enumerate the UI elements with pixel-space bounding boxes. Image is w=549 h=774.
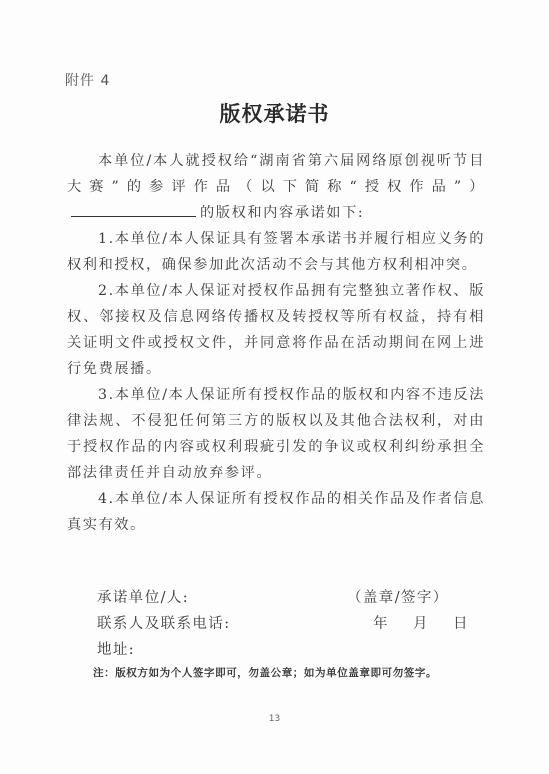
signature-address-row: 地址: [97, 637, 487, 663]
intro-after-blank: 的版权和内容承诺如下: [200, 205, 364, 221]
clause-1: 1.本单位/本人保证具有签署本承诺书并履行相应义务的权利和授权，确保参加此次活动… [67, 226, 485, 278]
contact-label: 联系人及联系电话: [97, 616, 231, 632]
date-year: 年 [373, 611, 389, 637]
clause-2: 2.本单位/本人保证对授权作品拥有完整独立著作权、版权、邻接权及信息网络传播权及… [67, 278, 485, 382]
document-page: 附件 4 版权承诺书 本单位/本人就授权给“湖南省第六届网络原创视听节目大赛”的… [0, 0, 549, 774]
seal-label: （盖章/签字） [347, 585, 449, 611]
signature-contact-row: 联系人及联系电话: 年 月 日 [97, 611, 487, 637]
document-body: 本单位/本人就授权给“湖南省第六届网络原创视听节目大赛”的参评作品（以下简称“授… [67, 148, 485, 538]
address-label: 地址: [97, 642, 135, 658]
clause-3: 3.本单位/本人保证所有授权作品的版权和内容不违反法律法规、不侵犯任何第三方的版… [67, 382, 485, 486]
date-month: 月 [413, 611, 429, 637]
date-day: 日 [453, 611, 469, 637]
document-title: 版权承诺书 [0, 98, 549, 128]
page-number: 13 [0, 714, 549, 724]
work-title-blank [71, 202, 196, 217]
signature-party-row: 承诺单位/人: （盖章/签字） [97, 585, 487, 611]
intro-before-blank: 本单位/本人就授权给“湖南省第六届网络原创视听节目大赛”的参评作品（以下简称“授… [67, 153, 485, 195]
footnote: 注：版权方如为个人签字即可，勿盖公章；如为单位盖章即可勿签字。 [93, 665, 437, 680]
clause-4: 4.本单位/本人保证所有授权作品的相关作品及作者信息真实有效。 [67, 486, 485, 538]
intro-paragraph: 本单位/本人就授权给“湖南省第六届网络原创视听节目大赛”的参评作品（以下简称“授… [67, 148, 485, 226]
attachment-label: 附件 4 [65, 70, 110, 90]
party-label: 承诺单位/人: [97, 590, 189, 606]
